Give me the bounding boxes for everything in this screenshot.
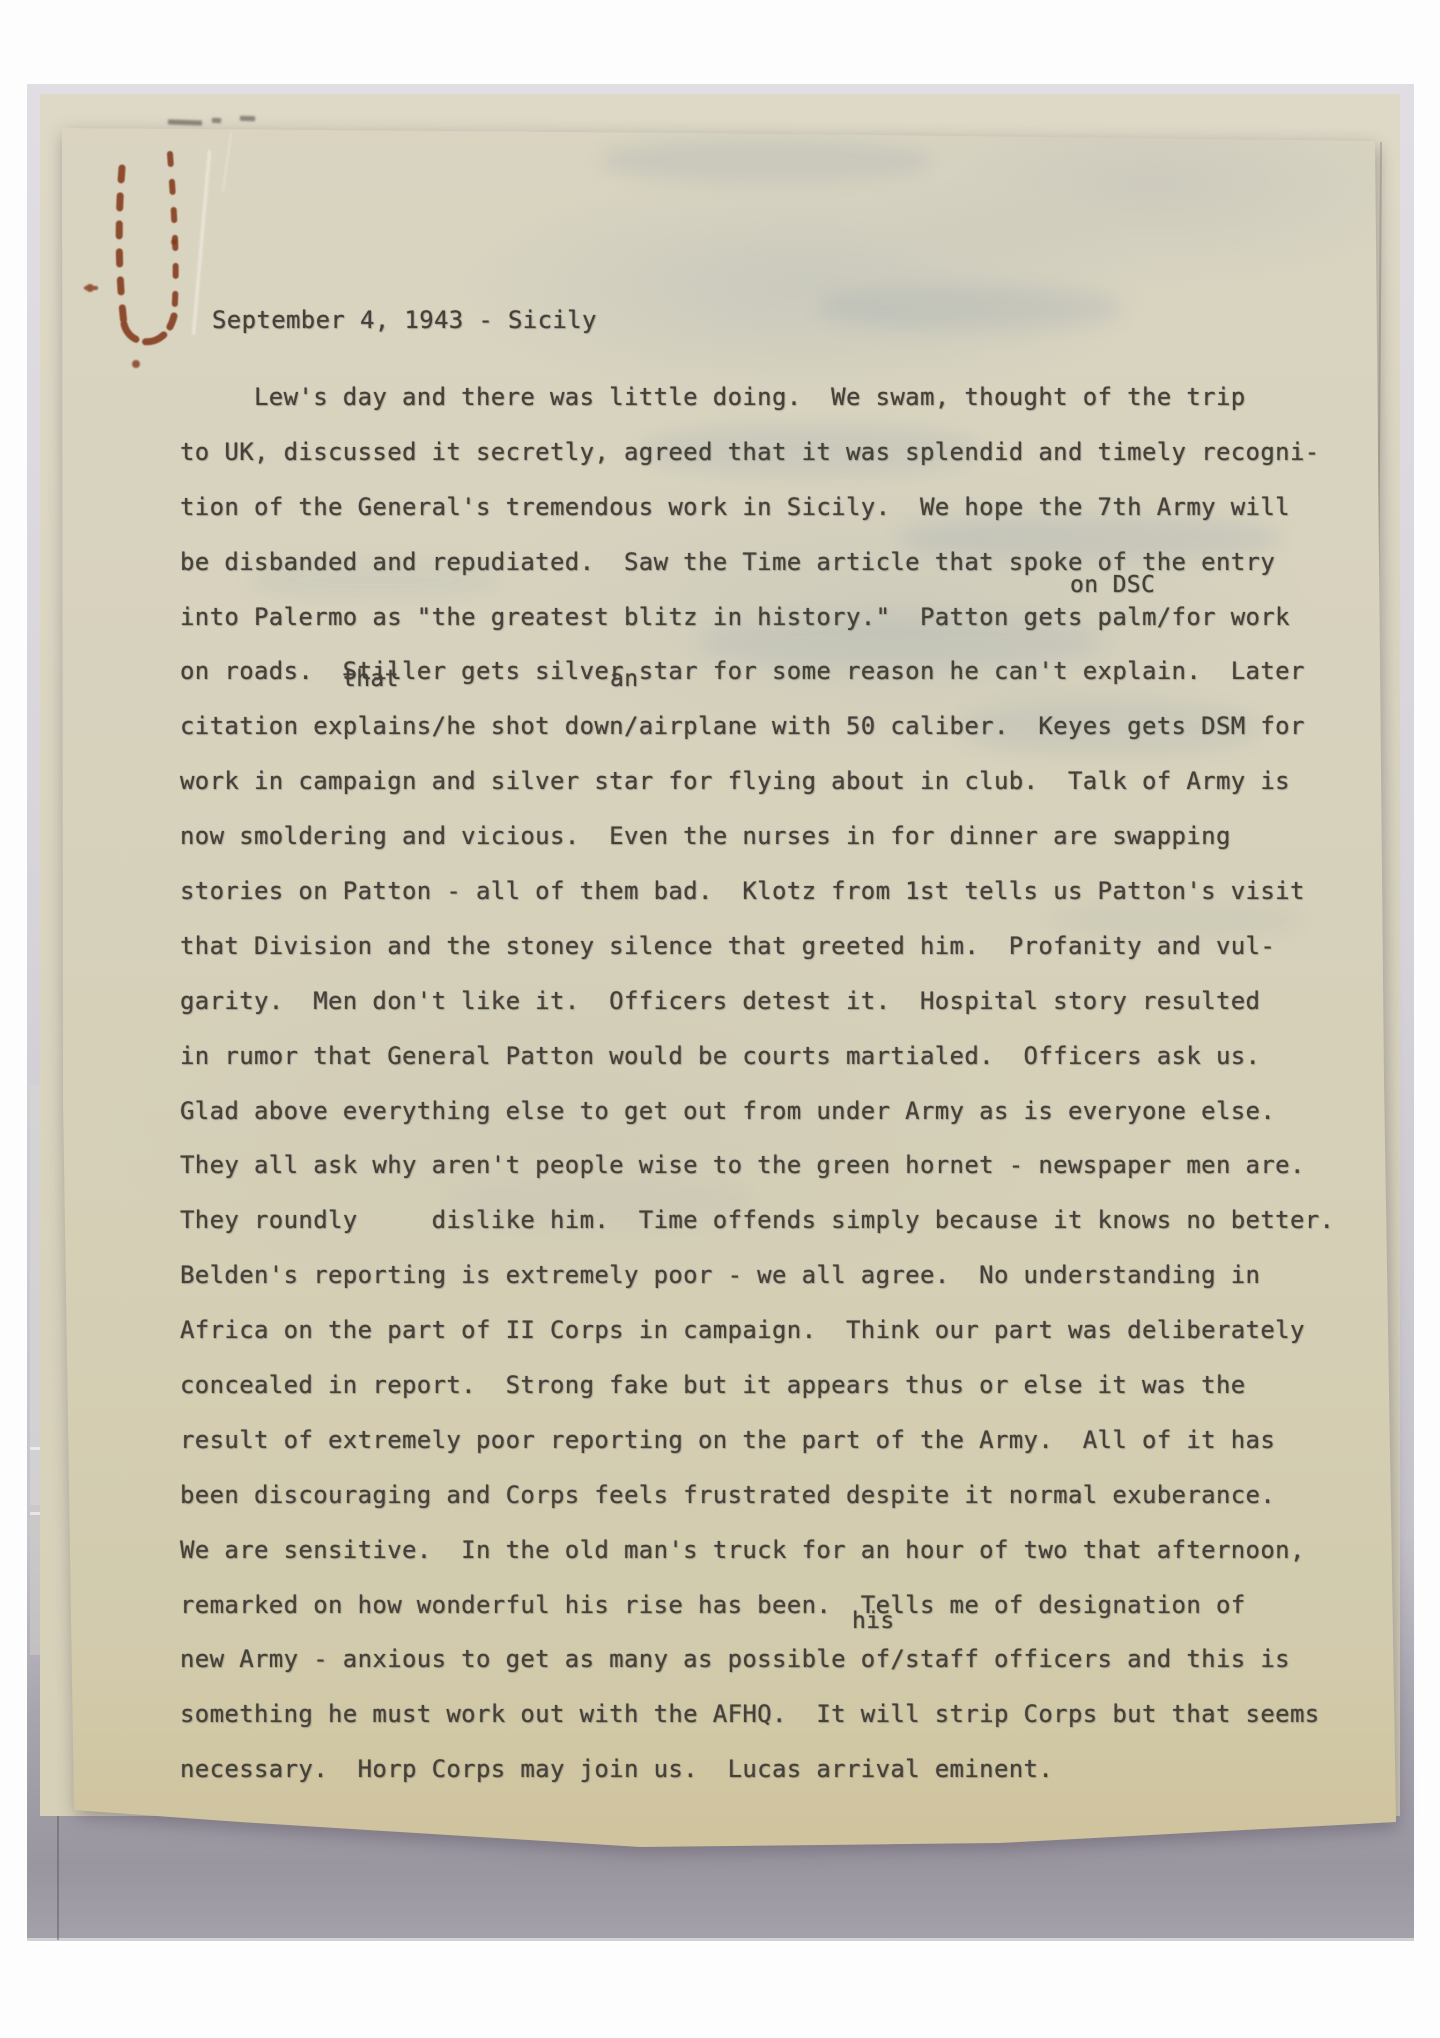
body-line: be disbanded and repudiated. Saw the Tim… (180, 535, 1390, 590)
body-line: into Palermo as "the greatest blitz in h… (180, 590, 1390, 645)
insertion-that: that (342, 666, 399, 692)
body-line: concealed in report. Strong fake but it … (180, 1358, 1390, 1413)
body-line: Lew's day and there was little doing. We… (180, 370, 1390, 425)
body-line: tion of the General's tremendous work in… (180, 480, 1390, 535)
paper-crease (222, 132, 232, 192)
rust-paperclip-stain (78, 146, 208, 386)
body-line: stories on Patton - all of them bad. Klo… (180, 864, 1390, 919)
body-line: result of extremely poor reporting on th… (180, 1413, 1390, 1468)
body-line: been discouraging and Corps feels frustr… (180, 1468, 1390, 1523)
insertion-an: an (610, 666, 638, 692)
body-line: that Division and the stoney silence tha… (180, 919, 1390, 974)
ink-showthrough-smudge (820, 285, 1120, 331)
body-line: Glad above everything else to get out fr… (180, 1084, 1390, 1139)
diary-body: Lew's day and there was little doing. We… (180, 370, 1390, 1797)
diary-page-wrap: September 4, 1943 - Sicily Lew's day and… (0, 0, 1440, 2038)
body-line: They all ask why aren't people wise to t… (180, 1138, 1390, 1193)
body-line: We are sensitive. In the old man's truck… (180, 1523, 1390, 1578)
scanned-photo: little doing. We swam, thought of the tr… (0, 0, 1440, 2038)
body-line: something he must work out with the AFHQ… (180, 1687, 1390, 1742)
page-heading: September 4, 1943 - Sicily (212, 306, 597, 334)
insertion-on-dsc: on DSC (1070, 572, 1155, 598)
body-line: Belden's reporting is extremely poor - w… (180, 1248, 1390, 1303)
body-line: now smoldering and vicious. Even the nur… (180, 809, 1390, 864)
body-line: in rumor that General Patton would be co… (180, 1029, 1390, 1084)
body-line: garity. Men don't like it. Officers dete… (180, 974, 1390, 1029)
body-line: remarked on how wonderful his rise has b… (180, 1578, 1390, 1633)
body-line: work in campaign and silver star for fly… (180, 754, 1390, 809)
ink-showthrough-smudge (600, 140, 930, 182)
diary-page: September 4, 1943 - Sicily Lew's day and… (0, 0, 1440, 2038)
body-line: They roundly dislike him. Time offends s… (180, 1193, 1390, 1248)
body-line: Africa on the part of II Corps in campai… (180, 1303, 1390, 1358)
body-line: to UK, discussed it secretly, agreed tha… (180, 425, 1390, 480)
body-line: necessary. Horp Corps may join us. Lucas… (180, 1742, 1390, 1797)
insertion-his: his (852, 1608, 895, 1634)
body-line: citation explains/he shot down/airplane … (180, 699, 1390, 754)
body-line: new Army - anxious to get as many as pos… (180, 1632, 1390, 1687)
